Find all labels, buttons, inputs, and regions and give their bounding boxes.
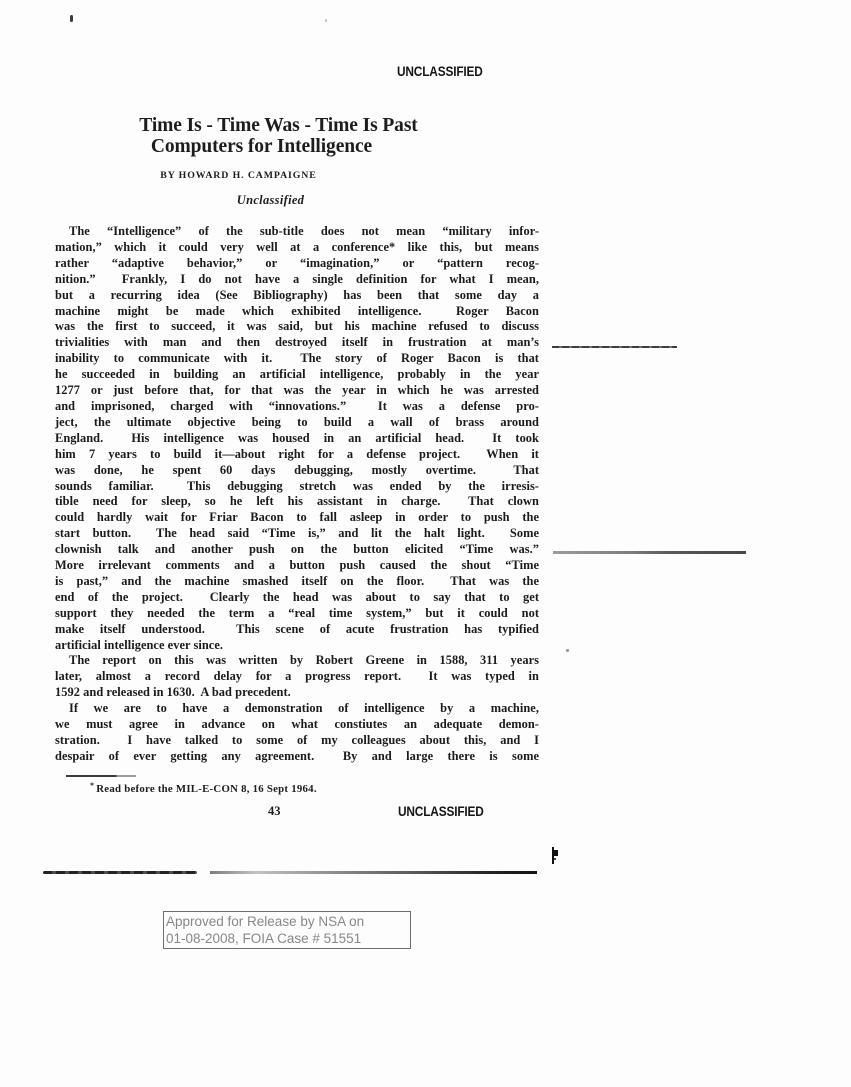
text-line: machine might be made which exhibited in…	[55, 304, 539, 320]
scan-speck	[325, 19, 327, 22]
text-line: inability to communicate with it. The st…	[55, 351, 539, 367]
text-line: support they needed the term a “real tim…	[55, 606, 539, 622]
print-mark-foot	[554, 858, 557, 860]
scan-artifact-line	[210, 871, 537, 874]
text-line: clownish talk and another push on the bu…	[55, 542, 539, 558]
text-line: despair of ever getting any agreement. B…	[55, 749, 539, 765]
text-line: make itself understood. This scene of ac…	[55, 622, 539, 638]
text-line: he succeeded in building an artificial i…	[55, 367, 539, 383]
scan-speck	[70, 15, 73, 22]
release-stamp: Approved for Release by NSA on 01-08-200…	[163, 911, 411, 949]
footnote-marker: *	[90, 781, 94, 790]
text-line: nition.” Frankly, I do not have a single…	[55, 272, 539, 288]
page-number: 43	[268, 804, 281, 819]
text-line: was the first to succeed, it was said, b…	[55, 319, 539, 335]
text-line: we must agree in advance on what constiu…	[55, 717, 539, 733]
scan-artifact-line	[553, 551, 746, 554]
text-line: The “Intelligence” of the sub-title does…	[55, 224, 539, 240]
print-mark-bowl	[554, 850, 559, 856]
text-line: mation,” which it could very well at a c…	[55, 240, 539, 256]
text-line: England. His intelligence was housed in …	[55, 431, 539, 447]
text-line: ject, the ultimate objective being to bu…	[55, 415, 539, 431]
text-line: but a recurring idea (See Bibliography) …	[55, 288, 539, 304]
text-line: artificial intelligence ever since.	[55, 638, 539, 654]
text-line: start button. The head said “Time is,” a…	[55, 526, 539, 542]
release-stamp-line2: 01-08-2008, FOIA Case # 51551	[166, 930, 410, 947]
text-line: 1277 or just before that, for that was t…	[55, 383, 539, 399]
text-line: end of the project. Clearly the head was…	[55, 590, 539, 606]
text-line: him 7 years to build it—about right for …	[55, 447, 539, 463]
body-text: The “Intelligence” of the sub-title does…	[55, 224, 539, 765]
text-line: The report on this was written by Robert…	[55, 653, 539, 669]
text-line: trivialities with man and then destroyed…	[55, 335, 539, 351]
print-mark	[552, 847, 559, 864]
text-line: More irrelevant comments and a button pu…	[55, 558, 539, 574]
scan-artifact-line	[43, 871, 197, 874]
text-line: could hardly wait for Friar Bacon to fal…	[55, 510, 539, 526]
scan-speck	[566, 649, 569, 652]
text-line: is past,” and the machine smashed itself…	[55, 574, 539, 590]
text-line: was done, he spent 60 days debugging, mo…	[55, 463, 539, 479]
article-byline: BY HOWARD H. CAMPAIGNE	[16, 170, 461, 181]
text-line: stration. I have talked to some of my co…	[55, 733, 539, 749]
text-line: later, almost a record delay for a progr…	[55, 669, 539, 685]
document-page: UNCLASSIFIED Time Is - Time Was - Time I…	[0, 0, 851, 1087]
text-line: rather “adaptive behavior,” or “imaginat…	[55, 256, 539, 272]
footnote-text: Read before the MIL-E-CON 8, 16 Sept 196…	[96, 783, 317, 795]
text-line: and imprisoned, charged with “innovation…	[55, 399, 539, 415]
article-classification-note: Unclassified	[48, 193, 493, 208]
release-stamp-line1: Approved for Release by NSA on	[166, 913, 410, 930]
scan-artifact-line	[552, 346, 677, 348]
text-line: sounds familiar. This debugging stretch …	[55, 479, 539, 495]
footer-classification: UNCLASSIFIED	[398, 804, 484, 819]
footnote-rule	[66, 775, 136, 777]
text-line: tible need for sleep, so he left his ass…	[55, 494, 539, 510]
header-classification: UNCLASSIFIED	[397, 64, 483, 79]
footnote: *Read before the MIL-E-CON 8, 16 Sept 19…	[90, 781, 317, 795]
text-line: 1592 and released in 1630. A bad precede…	[55, 685, 539, 701]
text-line: If we are to have a demonstration of int…	[55, 701, 539, 717]
article-title-line1: Time Is - Time Was - Time Is Past	[56, 115, 501, 137]
article-title-line2: Computers for Intelligence	[39, 136, 484, 158]
